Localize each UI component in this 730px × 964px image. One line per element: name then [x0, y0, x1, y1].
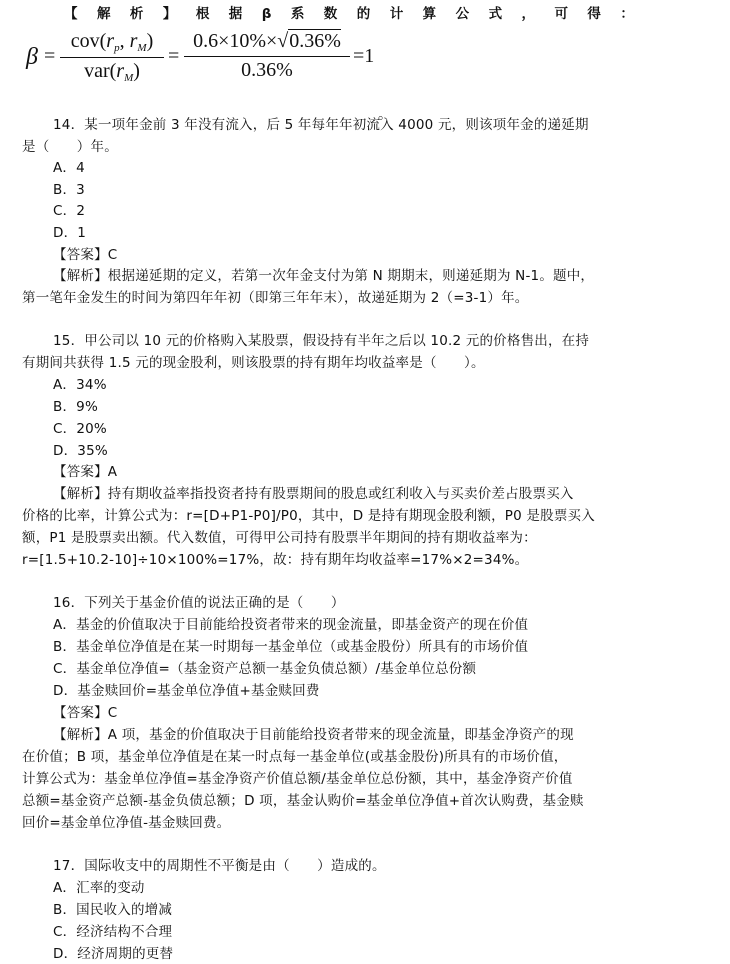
var-r: r [106, 30, 114, 52]
product-text: 0.6×10%× [193, 30, 277, 52]
q15-answer: 【答案】A [53, 462, 117, 482]
intro-char: 析 [130, 4, 144, 24]
q17-option-a: A．汇率的变动 [53, 878, 145, 898]
sub-m: M [137, 42, 146, 54]
intro-char: 数 [324, 4, 338, 24]
sub-m: M [124, 72, 133, 84]
intro-char: β [262, 4, 272, 24]
q15-option-c: C．20% [53, 419, 107, 439]
q14-answer: 【答案】C [53, 245, 117, 265]
radicand: 0.36% [288, 29, 341, 52]
equals-sign: = [44, 45, 55, 68]
intro-char: 】 [163, 4, 177, 24]
intro-char: 式 [489, 4, 503, 24]
q16-analysis-line2: 在价值；B 项，基金单位净值是在某一时点每一基金单位(或基金股份)所具有的市场价… [22, 747, 568, 767]
intro-char: 算 [423, 4, 437, 24]
q14-stem-line1: 14．某一项年金前 3 年没有流入，后 5 年每年年初流入 4000 元，则该项… [53, 115, 589, 135]
q15-analysis-line1: 【解析】持有期收益率指投资者持有股票期间的股息或红利收入与买卖价差占股票买入 [53, 484, 574, 504]
q14-analysis-line2: 第一笔年金发生的时间为第四年年初（即第三年年末），故递延期为 2（=3-1）年。 [22, 288, 529, 308]
q16-analysis-line5: 回价=基金单位净值-基金赎回费。 [22, 813, 230, 833]
q14-stem-line2: 是（ ）年。 [22, 137, 118, 157]
value-fraction: 0.6×10%×√0.36% 0.36% [184, 30, 350, 82]
intro-char: 得 [587, 4, 601, 24]
intro-char: 据 [229, 4, 243, 24]
q17-stem-line1: 17．国际收支中的周期性不平衡是由（ ）造成的。 [53, 856, 386, 876]
result: =1 [353, 45, 374, 68]
q16-analysis-line3: 计算公式为：基金单位净值=基金净资产价值总额/基金单位总份额，其中，基金净资产价… [22, 769, 573, 789]
intro-char: 计 [390, 4, 404, 24]
fraction-numerator: 0.6×10%×√0.36% [184, 30, 350, 53]
q14-analysis-line1: 【解析】根据递延期的定义，若第一次年金支付为第 N 期期末，则递延期为 N-1。… [53, 266, 594, 286]
intro-char: 系 [291, 4, 305, 24]
q15-stem-line1: 15．甲公司以 10 元的价格购入某股票，假设持有半年之后以 10.2 元的价格… [53, 331, 589, 351]
intro-char: 的 [357, 4, 371, 24]
q16-option-c: C．基金单位净值=（基金资产总额一基金负债总额）/基金单位总份额 [53, 659, 476, 679]
beta-symbol: β [26, 44, 38, 71]
q14-option-c: C．2 [53, 201, 85, 221]
q15-option-d: D．35% [53, 441, 108, 461]
q16-option-d: D．基金赎回价=基金单位净值+基金赎回费 [53, 681, 320, 701]
fraction-denominator: 0.36% [184, 59, 350, 82]
q13-analysis-intro: 【 解 析 】 根 据 β 系 数 的 计 算 公 式 ， 可 得 ： [64, 4, 634, 24]
q16-option-b: B．基金单位净值是在某一时期每一基金单位（或基金股份）所具有的市场价值 [53, 637, 528, 657]
comma: , [120, 30, 130, 52]
q14-option-b: B．3 [53, 180, 85, 200]
q15-analysis-line3: 额，P1 是股票卖出额。代入数值，可得甲公司持有股票半年期间的持有期收益率为： [22, 528, 537, 548]
sqrt-icon: √ [277, 30, 288, 52]
q15-option-b: B．9% [53, 397, 98, 417]
q15-stem-line2: 有期间共获得 1.5 元的现金股利，则该股票的持有期年均收益率是（ ）。 [22, 353, 485, 373]
intro-char: ， [522, 4, 536, 24]
cov-var-fraction: cov(rp, rM) var(rM) [60, 30, 164, 84]
paren-close: ) [133, 60, 140, 82]
q14-option-d: D．1 [53, 223, 86, 243]
q16-analysis-line4: 总额=基金资产总额-基金负债总额；D 项，基金认购价=基金单位净值+首次认购费，… [22, 791, 584, 811]
intro-char: ： [620, 4, 634, 24]
intro-char: 根 [196, 4, 210, 24]
q16-option-a: A．基金的价值取决于目前能给投资者带来的现金流量，即基金资产的现在价值 [53, 615, 528, 635]
intro-char: 公 [456, 4, 470, 24]
q15-analysis-line4: r=[1.5+10.2-10]÷10×100%=17%，故：持有期年均收益率=1… [22, 550, 528, 570]
q17-option-c: C．经济结构不合理 [53, 922, 172, 942]
q17-option-b: B．国民收入的增减 [53, 900, 172, 920]
fraction-denominator: var(rM) [60, 60, 164, 84]
q15-option-a: A．34% [53, 375, 107, 395]
var-label: var( [84, 60, 116, 82]
equals-sign: = [168, 45, 179, 68]
intro-char: 【 [64, 4, 78, 24]
q16-answer: 【答案】C [53, 703, 117, 723]
intro-char: 解 [97, 4, 111, 24]
q14-option-a: A．4 [53, 158, 85, 178]
fraction-numerator: cov(rp, rM) [60, 30, 164, 54]
q16-stem-line1: 16．下列关于基金价值的说法正确的是（ ） [53, 593, 345, 613]
cov-label: cov( [71, 30, 107, 52]
q15-analysis-line2: 价格的比率，计算公式为：r=[D+P1-P0]/P0，其中，D 是持有期现金股利… [22, 506, 595, 526]
intro-char: 可 [554, 4, 568, 24]
paren-close: ) [147, 30, 154, 52]
fraction-bar [60, 57, 164, 58]
var-r: r [116, 60, 124, 82]
fraction-bar [184, 56, 350, 57]
q16-analysis-line1: 【解析】A 项，基金的价值取决于目前能给投资者带来的现金流量，即基金净资产的现 [53, 725, 574, 745]
q17-option-d: D．经济周期的更替 [53, 944, 173, 964]
